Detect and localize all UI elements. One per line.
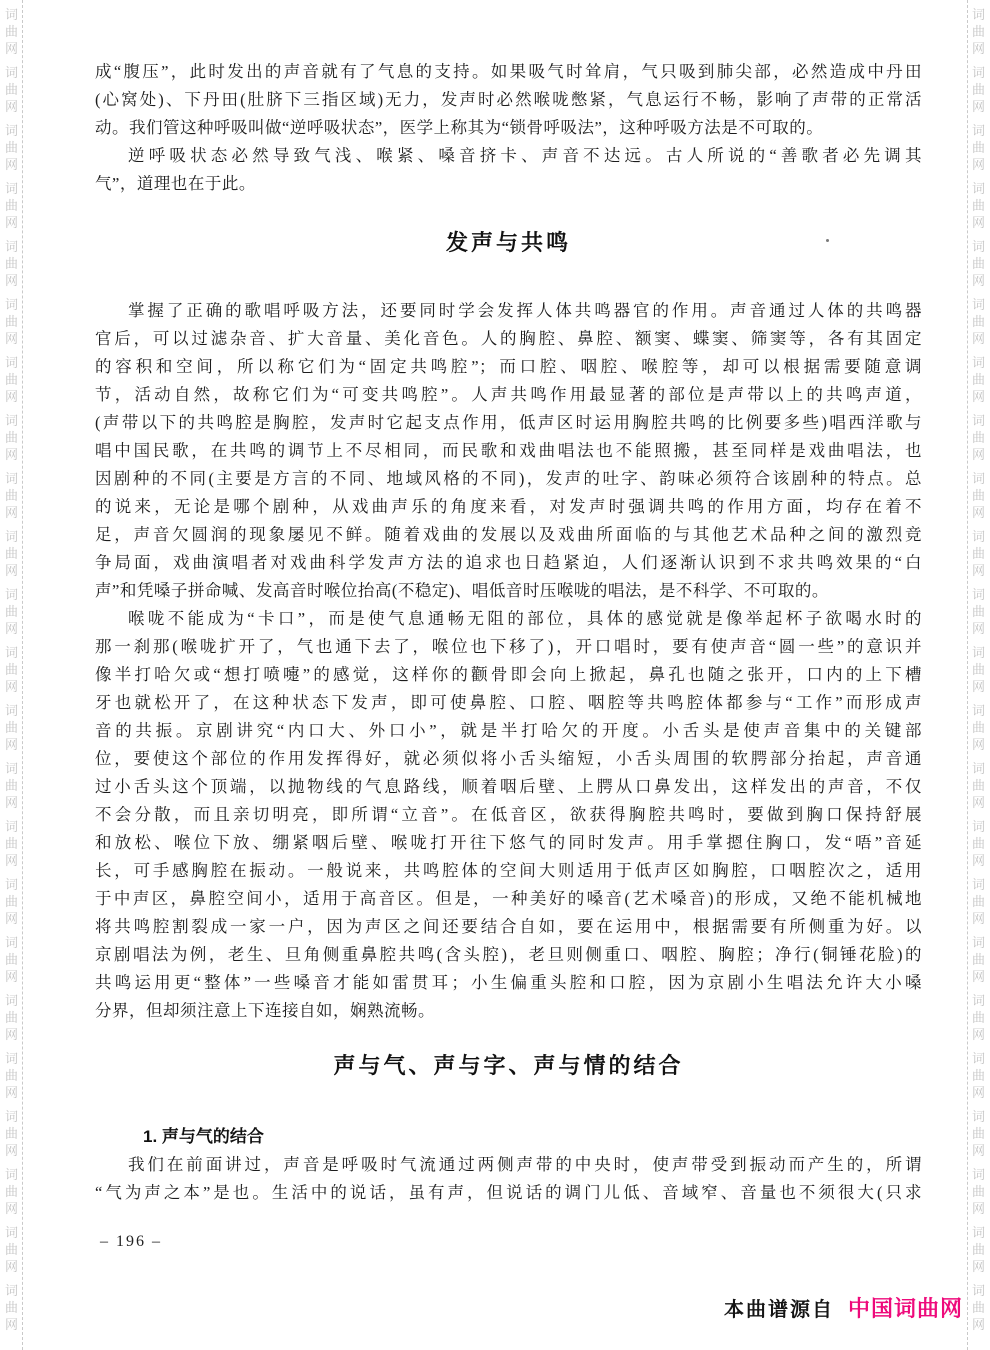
text-line: 位，要使这个部位的作用发挥得好，就必须似将小舌头缩短，小舌头周围的软腭部分抬起，…	[95, 745, 922, 773]
text-line: 声”和凭嗓子拼命喊、发高音时喉位抬高(不稳定)、唱低音时压喉咙的唱法，是不科学、…	[95, 577, 922, 605]
watermark-char: 网	[3, 794, 20, 811]
watermark-group: 词曲网	[3, 528, 20, 579]
page-content: 成“腹压”，此时发出的声音就有了气息的支持。如果吸气时耸肩，气只吸到肺尖部，必然…	[95, 58, 922, 1207]
watermark-group: 词曲网	[3, 760, 20, 811]
text-line: 成“腹压”，此时发出的声音就有了气息的支持。如果吸气时耸肩，气只吸到肺尖部，必然…	[95, 58, 922, 86]
watermark-group: 词曲网	[3, 122, 20, 173]
watermark-char: 曲	[970, 255, 987, 272]
watermark-char: 网	[3, 214, 20, 231]
text-line: 争局面，戏曲演唱者对戏曲科学发声方法的追求也日趋紧迫，人们逐渐认识到不求共鸣效果…	[95, 549, 922, 577]
text-line: 的容积和空间，所以称它们为“固定共鸣腔”；而口腔、咽腔、喉腔等，却可以根据需要随…	[95, 353, 922, 381]
text-line: 长，可手感胸腔在振动。一般说来，共鸣腔体的空间大则适用于低声区如胸腔，口咽腔次之…	[95, 857, 922, 885]
watermark-char: 词	[970, 992, 987, 1009]
watermark-char: 词	[970, 1050, 987, 1067]
text-line: “气为声之本”是也。生活中的说话，虽有声，但说话的调门儿低、音域窄、音量也不须很…	[95, 1179, 922, 1207]
watermark-char: 网	[3, 98, 20, 115]
watermark-char: 词	[3, 528, 20, 545]
watermark-char: 网	[3, 40, 20, 57]
watermark-group: 词曲网	[3, 934, 20, 985]
watermark-char: 曲	[970, 429, 987, 446]
text-line: 节，活动自然，故称它们为“可变共鸣腔”。人声共鸣作用最显著的部位是声带以上的共鸣…	[95, 381, 922, 409]
text-line: 于中声区，鼻腔空间小，适用于高音区。但是，一种美好的嗓音(艺术嗓音)的形成，又绝…	[95, 885, 922, 913]
watermark-char: 曲	[3, 313, 20, 330]
watermark-group: 词曲网	[970, 296, 987, 347]
watermark-char: 曲	[970, 1125, 987, 1142]
watermark-group: 词曲网	[970, 1108, 987, 1159]
watermark-char: 词	[970, 1282, 987, 1299]
watermark-group: 词曲网	[3, 1166, 20, 1217]
watermark-group: 词曲网	[3, 412, 20, 463]
watermark-char: 词	[3, 1108, 20, 1125]
watermark-group: 词曲网	[970, 818, 987, 869]
watermark-char: 网	[970, 1142, 987, 1159]
text-line: 官后，可以过滤杂音、扩大音量、美化音色。人的胸腔、鼻腔、额窦、蝶窦、筛窦等，各有…	[95, 325, 922, 353]
watermark-group: 词曲网	[970, 64, 987, 115]
watermark-char: 词	[970, 934, 987, 951]
watermark-char: 曲	[970, 81, 987, 98]
watermark-group: 词曲网	[970, 586, 987, 637]
watermark-char: 曲	[970, 313, 987, 330]
watermark-char: 曲	[3, 255, 20, 272]
watermark-char: 曲	[3, 23, 20, 40]
watermark-char: 词	[3, 1282, 20, 1299]
watermark-char: 词	[3, 1050, 20, 1067]
watermark-text-left: 词曲网词曲网词曲网词曲网词曲网词曲网词曲网词曲网词曲网词曲网词曲网词曲网词曲网词…	[3, 6, 20, 1333]
watermark-char: 曲	[970, 1183, 987, 1200]
watermark-group: 词曲网	[970, 1282, 987, 1333]
watermark-char: 曲	[3, 487, 20, 504]
watermark-char: 词	[3, 1166, 20, 1183]
watermark-group: 词曲网	[3, 64, 20, 115]
watermark-char: 网	[970, 620, 987, 637]
watermark-char: 词	[970, 6, 987, 23]
watermark-column-right: 词曲网词曲网词曲网词曲网词曲网词曲网词曲网词曲网词曲网词曲网词曲网词曲网词曲网词…	[967, 0, 987, 1350]
text-line: 动。我们管这种呼吸叫做“逆呼吸状态”，医学上称其为“锁骨呼吸法”，这种呼吸方法是…	[95, 114, 922, 142]
watermark-char: 词	[3, 644, 20, 661]
watermark-char: 词	[970, 354, 987, 371]
watermark-char: 网	[970, 214, 987, 231]
watermark-char: 曲	[970, 719, 987, 736]
watermark-char: 曲	[970, 23, 987, 40]
watermark-group: 词曲网	[970, 470, 987, 521]
watermark-char: 曲	[3, 951, 20, 968]
watermark-char: 网	[970, 272, 987, 289]
watermark-char: 网	[970, 968, 987, 985]
watermark-char: 网	[3, 562, 20, 579]
watermark-char: 词	[970, 122, 987, 139]
text-line: (心窝处)、下丹田(肚脐下三指区域)无力，发声时必然喉咙憋紧，气息运行不畅，影响…	[95, 86, 922, 114]
watermark-char: 词	[970, 702, 987, 719]
watermark-char: 曲	[3, 1009, 20, 1026]
watermark-char: 词	[3, 296, 20, 313]
watermark-char: 词	[970, 412, 987, 429]
watermark-char: 曲	[3, 835, 20, 852]
watermark-column-left: 词曲网词曲网词曲网词曲网词曲网词曲网词曲网词曲网词曲网词曲网词曲网词曲网词曲网词…	[3, 0, 23, 1350]
watermark-char: 曲	[970, 139, 987, 156]
watermark-group: 词曲网	[970, 876, 987, 927]
text-line: 过小舌头这个顶端，以抛物线的气息路线，顺着咽后壁、上腭从口鼻发出，这样发出的声音…	[95, 773, 922, 801]
watermark-group: 词曲网	[3, 354, 20, 405]
watermark-char: 曲	[3, 893, 20, 910]
book-page-scan: 词曲网词曲网词曲网词曲网词曲网词曲网词曲网词曲网词曲网词曲网词曲网词曲网词曲网词…	[0, 0, 990, 1350]
watermark-char: 词	[3, 1224, 20, 1241]
watermark-char: 网	[3, 156, 20, 173]
watermark-char: 曲	[3, 197, 20, 214]
watermark-char: 网	[3, 620, 20, 637]
watermark-group: 词曲网	[3, 644, 20, 695]
watermark-group: 词曲网	[3, 1050, 20, 1101]
watermark-group: 词曲网	[970, 6, 987, 57]
watermark-char: 网	[3, 1026, 20, 1043]
watermark-char: 网	[3, 1200, 20, 1217]
watermark-char: 网	[970, 388, 987, 405]
watermark-char: 曲	[3, 1241, 20, 1258]
watermark-char: 词	[970, 760, 987, 777]
watermark-char: 曲	[3, 545, 20, 562]
watermark-group: 词曲网	[3, 1224, 20, 1275]
watermark-text-right: 词曲网词曲网词曲网词曲网词曲网词曲网词曲网词曲网词曲网词曲网词曲网词曲网词曲网词…	[970, 6, 987, 1333]
watermark-char: 曲	[3, 1299, 20, 1316]
watermark-char: 曲	[970, 951, 987, 968]
text-line: 京剧唱法为例，老生、旦角侧重鼻腔共鸣(含头腔)，老旦则侧重口、咽腔、胸腔；净行(…	[95, 941, 922, 969]
watermark-char: 词	[3, 702, 20, 719]
footer-credit-label: 本曲谱源自	[724, 1293, 834, 1322]
watermark-group: 词曲网	[970, 238, 987, 289]
watermark-char: 网	[3, 388, 20, 405]
scan-speck	[826, 239, 829, 242]
watermark-char: 曲	[3, 1067, 20, 1084]
watermark-char: 词	[970, 876, 987, 893]
watermark-group: 词曲网	[970, 760, 987, 811]
watermark-char: 网	[3, 1258, 20, 1275]
watermark-char: 网	[970, 1258, 987, 1275]
watermark-group: 词曲网	[3, 238, 20, 289]
watermark-char: 网	[3, 272, 20, 289]
watermark-char: 网	[970, 910, 987, 927]
watermark-char: 词	[970, 180, 987, 197]
watermark-char: 曲	[3, 371, 20, 388]
watermark-group: 词曲网	[970, 992, 987, 1043]
paragraph: 喉咙不能成为“卡口”，而是使气息通畅无阻的部位，具体的感觉就是像举起杯子欲喝水时…	[95, 605, 922, 1025]
text-line: 共鸣运用更“整体”一些嗓音才能如雷贯耳；小生偏重头腔和口腔，因为京剧小生唱法允许…	[95, 969, 922, 997]
watermark-char: 曲	[3, 661, 20, 678]
watermark-group: 词曲网	[3, 818, 20, 869]
watermark-char: 词	[3, 760, 20, 777]
watermark-char: 曲	[970, 893, 987, 910]
watermark-char: 词	[970, 470, 987, 487]
watermark-char: 曲	[970, 487, 987, 504]
watermark-char: 词	[970, 238, 987, 255]
watermark-char: 词	[970, 644, 987, 661]
watermark-char: 网	[970, 736, 987, 753]
text-line: 喉咙不能成为“卡口”，而是使气息通畅无阻的部位，具体的感觉就是像举起杯子欲喝水时…	[95, 605, 922, 633]
watermark-group: 词曲网	[3, 876, 20, 927]
watermark-char: 网	[970, 446, 987, 463]
watermark-char: 曲	[970, 545, 987, 562]
watermark-char: 词	[3, 470, 20, 487]
watermark-group: 词曲网	[3, 470, 20, 521]
watermark-group: 词曲网	[970, 644, 987, 695]
watermark-char: 曲	[970, 835, 987, 852]
watermark-char: 网	[970, 156, 987, 173]
watermark-group: 词曲网	[970, 528, 987, 579]
watermark-char: 网	[970, 1316, 987, 1333]
text-line: 像半打哈欠或“想打喷嚏”的感觉，这样你的颧骨即会向上掀起，鼻孔也随之张开，口内的…	[95, 661, 922, 689]
text-line: 足，声音欠圆润的现象屡见不鲜。随着戏曲的发展以及戏曲所面临的与其他艺术品种之间的…	[95, 521, 922, 549]
text-line: 气”，道理也在于此。	[95, 170, 922, 198]
watermark-char: 词	[3, 586, 20, 603]
watermark-char: 网	[970, 562, 987, 579]
page-number: – 196 –	[100, 1233, 162, 1251]
text-line: (声带以下的共鸣腔是胸腔，发声时它起支点作用，低声区时运用胸腔共鸣的比例要多些)…	[95, 409, 922, 437]
watermark-char: 曲	[970, 1009, 987, 1026]
text-line: 分界，但却须注意上下连接自如，娴熟流畅。	[95, 997, 922, 1025]
watermark-char: 网	[3, 1316, 20, 1333]
watermark-char: 网	[3, 678, 20, 695]
watermark-group: 词曲网	[3, 586, 20, 637]
text-line: 掌握了正确的歌唱呼吸方法，还要同时学会发挥人体共鸣器官的作用。声音通过人体的共鸣…	[95, 297, 922, 325]
watermark-char: 网	[3, 1142, 20, 1159]
watermark-char: 曲	[970, 661, 987, 678]
watermark-char: 网	[970, 40, 987, 57]
text-line: 那一刹那(喉咙扩开了，气也通下去了，喉位也下移了)，开口唱时，要有使声音“圆一些…	[95, 633, 922, 661]
watermark-group: 词曲网	[970, 122, 987, 173]
watermark-group: 词曲网	[970, 180, 987, 231]
watermark-char: 网	[970, 1026, 987, 1043]
watermark-group: 词曲网	[970, 702, 987, 753]
watermark-char: 词	[970, 1108, 987, 1125]
watermark-char: 网	[3, 736, 20, 753]
paragraph: 逆呼吸状态必然导致气浅、喉紧、嗓音挤卡、声音不达远。古人所说的“善歌者必先调其气…	[95, 142, 922, 198]
text-line: 的说来，无论是哪个剧种，从戏曲声乐的角度来看，对发声时强调共鸣的作用方面，均存在…	[95, 493, 922, 521]
watermark-char: 网	[3, 330, 20, 347]
watermark-char: 网	[3, 1084, 20, 1101]
watermark-char: 网	[3, 852, 20, 869]
watermark-char: 网	[970, 1084, 987, 1101]
watermark-char: 曲	[3, 1183, 20, 1200]
watermark-group: 词曲网	[970, 1224, 987, 1275]
paragraph: 掌握了正确的歌唱呼吸方法，还要同时学会发挥人体共鸣器官的作用。声音通过人体的共鸣…	[95, 297, 922, 605]
watermark-char: 曲	[970, 603, 987, 620]
text-line: 因剧种的不同(主要是方言的不同、地域风格的不同)，发声的吐字、韵味必须符合该剧种…	[95, 465, 922, 493]
watermark-char: 曲	[3, 719, 20, 736]
paragraph: 我们在前面讲过，声音是呼吸时气流通过两侧声带的中央时，使声带受到振动而产生的，所…	[95, 1151, 922, 1207]
watermark-char: 词	[3, 180, 20, 197]
text-line: 和放松、喉位下放、绷紧咽后壁、喉咙打开往下悠气的同时发声。用手掌摁住胸口，发“唔…	[95, 829, 922, 857]
watermark-char: 词	[970, 1166, 987, 1183]
section-heading: 发声与共鸣	[95, 228, 922, 258]
watermark-char: 词	[970, 64, 987, 81]
watermark-char: 曲	[970, 371, 987, 388]
watermark-char: 曲	[3, 603, 20, 620]
footer-site-brand[interactable]: 中国词曲网	[848, 1292, 963, 1323]
watermark-char: 词	[970, 818, 987, 835]
text-line: 音的共振。京剧讲究“内口大、外口小”，就是半打哈欠的开度。小舌头是使声音集中的关…	[95, 717, 922, 745]
watermark-char: 网	[3, 968, 20, 985]
watermark-group: 词曲网	[3, 296, 20, 347]
watermark-char: 网	[970, 678, 987, 695]
watermark-char: 网	[970, 330, 987, 347]
watermark-group: 词曲网	[970, 1050, 987, 1101]
text-line: 逆呼吸状态必然导致气浅、喉紧、嗓音挤卡、声音不达远。古人所说的“善歌者必先调其	[95, 142, 922, 170]
watermark-char: 词	[3, 412, 20, 429]
watermark-char: 词	[970, 586, 987, 603]
watermark-group: 词曲网	[970, 934, 987, 985]
footer-credit: 本曲谱源自 中国词曲网	[724, 1292, 963, 1323]
text-line: 我们在前面讲过，声音是呼吸时气流通过两侧声带的中央时，使声带受到振动而产生的，所…	[95, 1151, 922, 1179]
watermark-char: 网	[3, 504, 20, 521]
text-line: 牙也就松开了，在这种状态下发声，即可使鼻腔、口腔、咽腔等共鸣腔体都参与“工作”而…	[95, 689, 922, 717]
text-line: 不会分散，而且亲切明亮，即所谓“立音”。在低音区，欲获得胸腔共鸣时，要做到胸口保…	[95, 801, 922, 829]
watermark-char: 曲	[970, 777, 987, 794]
watermark-group: 词曲网	[3, 992, 20, 1043]
watermark-char: 词	[970, 296, 987, 313]
watermark-char: 网	[970, 1200, 987, 1217]
watermark-char: 词	[3, 238, 20, 255]
watermark-group: 词曲网	[3, 702, 20, 753]
watermark-char: 词	[3, 354, 20, 371]
watermark-char: 词	[3, 992, 20, 1009]
watermark-char: 网	[3, 446, 20, 463]
watermark-char: 网	[970, 504, 987, 521]
watermark-char: 曲	[3, 429, 20, 446]
watermark-char: 曲	[3, 139, 20, 156]
paragraph: 成“腹压”，此时发出的声音就有了气息的支持。如果吸气时耸肩，气只吸到肺尖部，必然…	[95, 58, 922, 142]
watermark-char: 网	[970, 794, 987, 811]
watermark-char: 曲	[970, 197, 987, 214]
section-heading: 声与气、声与字、声与情的结合	[95, 1051, 922, 1081]
watermark-char: 词	[3, 6, 20, 23]
watermark-char: 曲	[3, 81, 20, 98]
text-line: 唱中国民歌，在共鸣的调节上不尽相同，而民歌和戏曲唱法也不能照搬，甚至同样是戏曲唱…	[95, 437, 922, 465]
watermark-char: 词	[970, 1224, 987, 1241]
watermark-char: 网	[970, 98, 987, 115]
watermark-char: 曲	[970, 1299, 987, 1316]
text-line: 将共鸣腔割裂成一家一户，因为声区之间还要结合自如，要在运用中，根据需要有所侧重为…	[95, 913, 922, 941]
subsection-heading: 1. 声与气的结合	[95, 1123, 922, 1151]
watermark-group: 词曲网	[3, 180, 20, 231]
watermark-char: 词	[3, 818, 20, 835]
watermark-char: 词	[970, 528, 987, 545]
watermark-char: 词	[3, 876, 20, 893]
watermark-char: 曲	[3, 777, 20, 794]
watermark-char: 曲	[3, 1125, 20, 1142]
watermark-group: 词曲网	[3, 1282, 20, 1333]
watermark-group: 词曲网	[3, 6, 20, 57]
watermark-char: 词	[3, 64, 20, 81]
watermark-char: 网	[970, 852, 987, 869]
watermark-char: 曲	[970, 1067, 987, 1084]
watermark-group: 词曲网	[970, 412, 987, 463]
watermark-char: 网	[3, 910, 20, 927]
watermark-char: 词	[3, 122, 20, 139]
watermark-char: 词	[3, 934, 20, 951]
watermark-group: 词曲网	[3, 1108, 20, 1159]
watermark-group: 词曲网	[970, 1166, 987, 1217]
watermark-group: 词曲网	[970, 354, 987, 405]
watermark-char: 曲	[970, 1241, 987, 1258]
